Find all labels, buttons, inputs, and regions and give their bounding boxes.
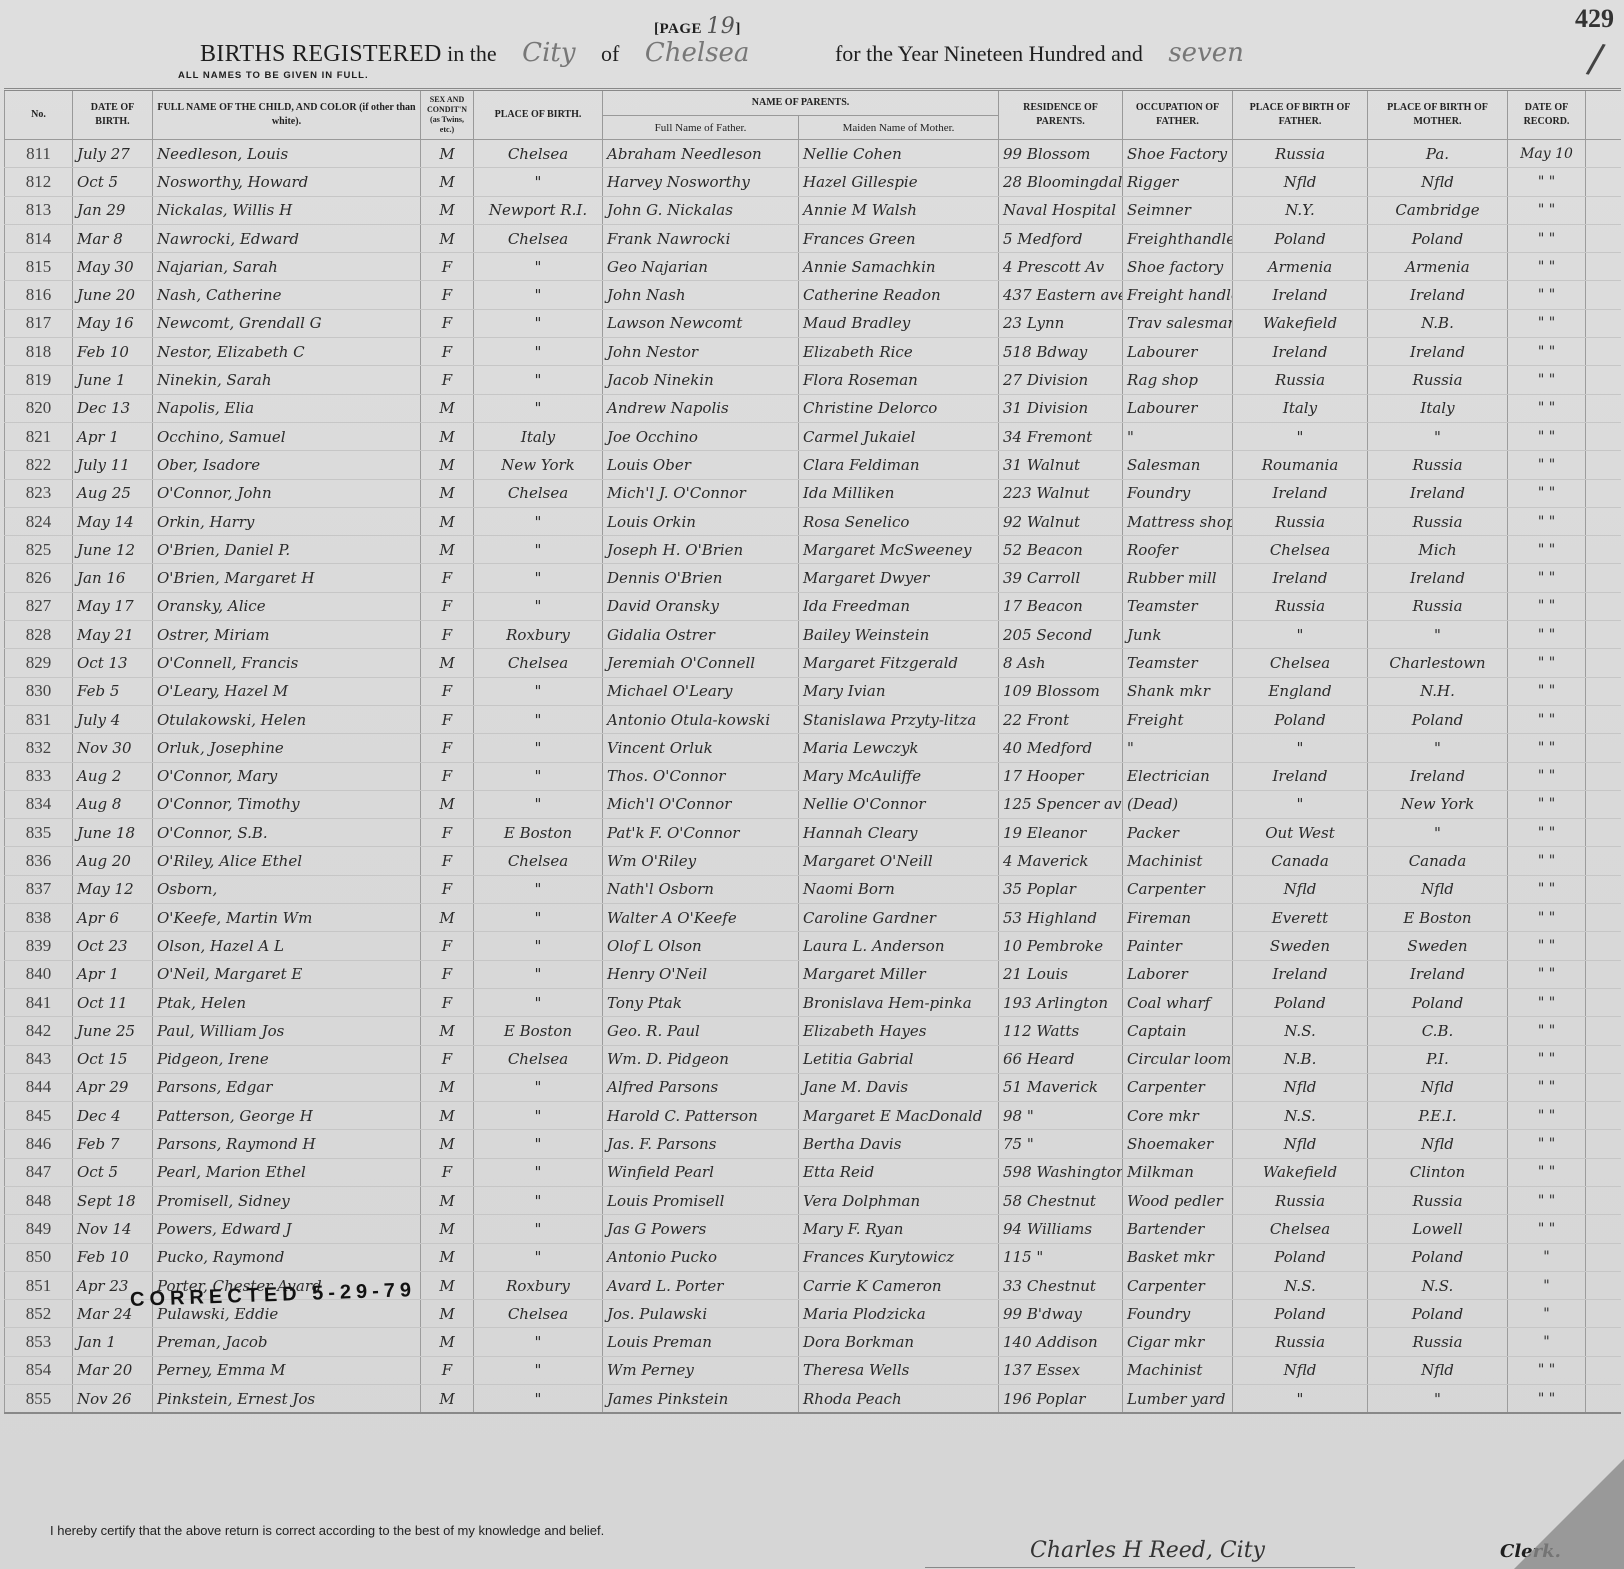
title-of: of bbox=[601, 41, 619, 66]
births-register-table: No. DATE OF BIRTH. FULL NAME OF THE CHIL… bbox=[4, 88, 1621, 1414]
mother-birthplace: Ireland bbox=[1368, 479, 1508, 507]
residence: 140 Addison bbox=[999, 1328, 1123, 1356]
place-of-birth: Chelsea bbox=[474, 847, 603, 875]
blank-cell bbox=[1586, 1243, 1621, 1271]
date-of-birth: Aug 20 bbox=[73, 847, 153, 875]
father-occupation: Shoe factory bbox=[1123, 253, 1233, 281]
father-name: Abraham Needleson bbox=[603, 140, 799, 168]
mother-maiden-name: Margaret O'Neill bbox=[799, 847, 999, 875]
place-of-birth: " bbox=[474, 1073, 603, 1101]
date-of-record: " " bbox=[1508, 479, 1586, 507]
mother-birthplace: Armenia bbox=[1368, 253, 1508, 281]
residence: 33 Chestnut bbox=[999, 1271, 1123, 1299]
table-row: 835June 18O'Connor, S.B.FE BostonPat'k F… bbox=[5, 819, 1621, 847]
date-of-record: " " bbox=[1508, 904, 1586, 932]
sex: F bbox=[421, 1158, 474, 1186]
place-of-birth: Italy bbox=[474, 422, 603, 450]
date-of-record: " " bbox=[1508, 762, 1586, 790]
date-of-record: " " bbox=[1508, 1158, 1586, 1186]
sex: F bbox=[421, 1356, 474, 1384]
row-number: 846 bbox=[5, 1130, 73, 1158]
blank-cell bbox=[1586, 1328, 1621, 1356]
father-birthplace: " bbox=[1233, 621, 1368, 649]
residence: 8 Ash bbox=[999, 649, 1123, 677]
father-birthplace: England bbox=[1233, 677, 1368, 705]
year-text: for the Year Nineteen Hundred and bbox=[835, 41, 1143, 66]
register-title: BIRTHS REGISTERED in the City of Chelsea… bbox=[200, 38, 1264, 68]
col-header-occupation: OCCUPATION OF FATHER. bbox=[1123, 90, 1233, 140]
blank-cell bbox=[1586, 1215, 1621, 1243]
date-of-birth: May 30 bbox=[73, 253, 153, 281]
row-number: 825 bbox=[5, 536, 73, 564]
mother-birthplace: Poland bbox=[1368, 988, 1508, 1016]
col-header-blank bbox=[1586, 90, 1621, 140]
place-of-birth: " bbox=[474, 762, 603, 790]
place-of-birth: " bbox=[474, 1130, 603, 1158]
row-number: 851 bbox=[5, 1271, 73, 1299]
date-of-birth: May 14 bbox=[73, 507, 153, 535]
father-name: Jas. F. Parsons bbox=[603, 1130, 799, 1158]
col-header-mother-maiden: Maiden Name of Mother. bbox=[799, 116, 999, 140]
mother-maiden-name: Stanislawa Przyty-litza bbox=[799, 705, 999, 733]
residence: 53 Highland bbox=[999, 904, 1123, 932]
father-birthplace: Canada bbox=[1233, 847, 1368, 875]
mother-birthplace: " bbox=[1368, 819, 1508, 847]
father-birthplace: Ireland bbox=[1233, 281, 1368, 309]
date-of-record: " " bbox=[1508, 592, 1586, 620]
table-row: 823Aug 25O'Connor, JohnMChelseaMich'l J.… bbox=[5, 479, 1621, 507]
father-birthplace: N.B. bbox=[1233, 1045, 1368, 1073]
mother-maiden-name: Margaret Fitzgerald bbox=[799, 649, 999, 677]
folded-corner bbox=[1514, 1459, 1624, 1569]
residence: 19 Eleanor bbox=[999, 819, 1123, 847]
father-name: Wm O'Riley bbox=[603, 847, 799, 875]
father-birthplace: Russia bbox=[1233, 140, 1368, 168]
blank-cell bbox=[1586, 366, 1621, 394]
row-number: 822 bbox=[5, 451, 73, 479]
blank-cell bbox=[1586, 677, 1621, 705]
mother-birthplace: Poland bbox=[1368, 224, 1508, 252]
father-birthplace: " bbox=[1233, 734, 1368, 762]
place-of-birth: E Boston bbox=[474, 1017, 603, 1045]
table-row: 832Nov 30Orluk, JosephineF"Vincent Orluk… bbox=[5, 734, 1621, 762]
father-name: Gidalia Ostrer bbox=[603, 621, 799, 649]
mother-maiden-name: Etta Reid bbox=[799, 1158, 999, 1186]
table-row: 843Oct 15Pidgeon, IreneFChelseaWm. D. Pi… bbox=[5, 1045, 1621, 1073]
father-occupation: Salesman bbox=[1123, 451, 1233, 479]
child-name: O'Connor, Timothy bbox=[153, 790, 421, 818]
blank-cell bbox=[1586, 338, 1621, 366]
sex: M bbox=[421, 1215, 474, 1243]
date-of-record: " " bbox=[1508, 366, 1586, 394]
place-of-birth: " bbox=[474, 790, 603, 818]
date-of-birth: Oct 5 bbox=[73, 168, 153, 196]
table-row: 814Mar 8Nawrocki, EdwardMChelseaFrank Na… bbox=[5, 224, 1621, 252]
date-of-birth: Feb 10 bbox=[73, 338, 153, 366]
date-of-birth: July 4 bbox=[73, 705, 153, 733]
row-number: 814 bbox=[5, 224, 73, 252]
place-of-birth: Chelsea bbox=[474, 1045, 603, 1073]
signature-line bbox=[925, 1567, 1355, 1568]
table-row: 818Feb 10Nestor, Elizabeth CF"John Nesto… bbox=[5, 338, 1621, 366]
child-name: Nosworthy, Howard bbox=[153, 168, 421, 196]
father-name: Vincent Orluk bbox=[603, 734, 799, 762]
row-number: 854 bbox=[5, 1356, 73, 1384]
row-number: 845 bbox=[5, 1102, 73, 1130]
residence: 58 Chestnut bbox=[999, 1186, 1123, 1214]
sex: F bbox=[421, 592, 474, 620]
father-name: Jos. Pulawski bbox=[603, 1300, 799, 1328]
place-of-birth: " bbox=[474, 309, 603, 337]
mother-maiden-name: Bailey Weinstein bbox=[799, 621, 999, 649]
child-name: Nickalas, Willis H bbox=[153, 196, 421, 224]
father-birthplace: N.Y. bbox=[1233, 196, 1368, 224]
date-of-record: " bbox=[1508, 1328, 1586, 1356]
place-of-birth: " bbox=[474, 1356, 603, 1384]
row-number: 835 bbox=[5, 819, 73, 847]
child-name: O'Brien, Margaret H bbox=[153, 564, 421, 592]
child-name: O'Connor, S.B. bbox=[153, 819, 421, 847]
blank-cell bbox=[1586, 705, 1621, 733]
row-number: 840 bbox=[5, 960, 73, 988]
mother-birthplace: Charlestown bbox=[1368, 649, 1508, 677]
mother-birthplace: Lowell bbox=[1368, 1215, 1508, 1243]
row-number: 818 bbox=[5, 338, 73, 366]
place-name-handwritten: Chelsea bbox=[645, 38, 750, 68]
row-number: 817 bbox=[5, 309, 73, 337]
residence: 4 Prescott Av bbox=[999, 253, 1123, 281]
date-of-birth: Nov 14 bbox=[73, 1215, 153, 1243]
check-mark-icon: / bbox=[1584, 35, 1607, 83]
sex: F bbox=[421, 253, 474, 281]
date-of-birth: Nov 30 bbox=[73, 734, 153, 762]
table-row: 831July 4Otulakowski, HelenF"Antonio Otu… bbox=[5, 705, 1621, 733]
date-of-birth: June 25 bbox=[73, 1017, 153, 1045]
mother-birthplace: Poland bbox=[1368, 1243, 1508, 1271]
residence: 27 Division bbox=[999, 366, 1123, 394]
sex: M bbox=[421, 422, 474, 450]
date-of-record: " " bbox=[1508, 649, 1586, 677]
blank-cell bbox=[1586, 988, 1621, 1016]
blank-cell bbox=[1586, 224, 1621, 252]
place-of-birth: Chelsea bbox=[474, 479, 603, 507]
col-header-child-name: FULL NAME OF THE CHILD, AND COLOR (if ot… bbox=[153, 90, 421, 140]
place-of-birth: " bbox=[474, 1186, 603, 1214]
father-occupation: Machinist bbox=[1123, 1356, 1233, 1384]
date-of-birth: Oct 15 bbox=[73, 1045, 153, 1073]
mother-maiden-name: Bertha Davis bbox=[799, 1130, 999, 1158]
date-of-birth: Apr 1 bbox=[73, 960, 153, 988]
date-of-birth: Apr 1 bbox=[73, 422, 153, 450]
row-number: 813 bbox=[5, 196, 73, 224]
child-name: Napolis, Elia bbox=[153, 394, 421, 422]
mother-birthplace: P.E.I. bbox=[1368, 1102, 1508, 1130]
table-row: 854Mar 20Perney, Emma MF"Wm PerneyTheres… bbox=[5, 1356, 1621, 1384]
date-of-birth: May 12 bbox=[73, 875, 153, 903]
residence: 51 Maverick bbox=[999, 1073, 1123, 1101]
row-number: 837 bbox=[5, 875, 73, 903]
father-name: Harold C. Patterson bbox=[603, 1102, 799, 1130]
mother-maiden-name: Annie M Walsh bbox=[799, 196, 999, 224]
date-of-record: " " bbox=[1508, 1045, 1586, 1073]
mother-maiden-name: Letitia Gabrial bbox=[799, 1045, 999, 1073]
blank-cell bbox=[1586, 536, 1621, 564]
child-name: Occhino, Samuel bbox=[153, 422, 421, 450]
table-row: 815May 30Najarian, SarahF"Geo NajarianAn… bbox=[5, 253, 1621, 281]
table-row: 855Nov 26Pinkstein, Ernest JosM"James Pi… bbox=[5, 1385, 1621, 1414]
col-header-residence: RESIDENCE OF PARENTS. bbox=[999, 90, 1123, 140]
residence: 4 Maverick bbox=[999, 847, 1123, 875]
mother-birthplace: Russia bbox=[1368, 1186, 1508, 1214]
residence: 22 Front bbox=[999, 705, 1123, 733]
mother-maiden-name: Jane M. Davis bbox=[799, 1073, 999, 1101]
father-name: Pat'k F. O'Connor bbox=[603, 819, 799, 847]
residence: 39 Carroll bbox=[999, 564, 1123, 592]
father-occupation: Coal wharf bbox=[1123, 988, 1233, 1016]
father-occupation: Rigger bbox=[1123, 168, 1233, 196]
row-number: 815 bbox=[5, 253, 73, 281]
date-of-record: " " bbox=[1508, 705, 1586, 733]
place-of-birth: Roxbury bbox=[474, 1271, 603, 1299]
mother-maiden-name: Theresa Wells bbox=[799, 1356, 999, 1384]
mother-maiden-name: Margaret Miller bbox=[799, 960, 999, 988]
row-number: 843 bbox=[5, 1045, 73, 1073]
row-number: 827 bbox=[5, 592, 73, 620]
father-birthplace: N.S. bbox=[1233, 1271, 1368, 1299]
mother-birthplace: Russia bbox=[1368, 451, 1508, 479]
date-of-birth: Apr 29 bbox=[73, 1073, 153, 1101]
table-row: 841Oct 11Ptak, HelenF"Tony PtakBronislav… bbox=[5, 988, 1621, 1016]
row-number: 828 bbox=[5, 621, 73, 649]
date-of-birth: Nov 26 bbox=[73, 1385, 153, 1414]
sex: M bbox=[421, 536, 474, 564]
blank-cell bbox=[1586, 253, 1621, 281]
residence: 31 Division bbox=[999, 394, 1123, 422]
child-name: O'Connell, Francis bbox=[153, 649, 421, 677]
table-row: 848Sept 18Promisell, SidneyM"Louis Promi… bbox=[5, 1186, 1621, 1214]
sex: M bbox=[421, 451, 474, 479]
place-of-birth: " bbox=[474, 507, 603, 535]
table-row: 830Feb 5O'Leary, Hazel MF"Michael O'Lear… bbox=[5, 677, 1621, 705]
row-number: 839 bbox=[5, 932, 73, 960]
date-of-record: " " bbox=[1508, 224, 1586, 252]
child-name: Pucko, Raymond bbox=[153, 1243, 421, 1271]
residence: 23 Lynn bbox=[999, 309, 1123, 337]
residence: 52 Beacon bbox=[999, 536, 1123, 564]
father-name: Walter A O'Keefe bbox=[603, 904, 799, 932]
mother-birthplace: Ireland bbox=[1368, 338, 1508, 366]
date-of-record: " " bbox=[1508, 196, 1586, 224]
row-number: 841 bbox=[5, 988, 73, 1016]
child-name: Oransky, Alice bbox=[153, 592, 421, 620]
father-occupation: Freight handler bbox=[1123, 281, 1233, 309]
father-birthplace: Everett bbox=[1233, 904, 1368, 932]
sex: M bbox=[421, 507, 474, 535]
sex: M bbox=[421, 140, 474, 168]
father-birthplace: " bbox=[1233, 422, 1368, 450]
place-of-birth: " bbox=[474, 253, 603, 281]
residence: 99 Blossom bbox=[999, 140, 1123, 168]
place-of-birth: " bbox=[474, 564, 603, 592]
child-name: Parsons, Raymond H bbox=[153, 1130, 421, 1158]
place-of-birth: " bbox=[474, 1385, 603, 1414]
sex: F bbox=[421, 564, 474, 592]
table-row: 845Dec 4Patterson, George HM"Harold C. P… bbox=[5, 1102, 1621, 1130]
clerk-signature: Charles H Reed, City bbox=[1030, 1538, 1265, 1563]
father-name: Joe Occhino bbox=[603, 422, 799, 450]
child-name: O'Leary, Hazel M bbox=[153, 677, 421, 705]
table-row: 816June 20Nash, CatherineF"John NashCath… bbox=[5, 281, 1621, 309]
father-occupation: Freight bbox=[1123, 705, 1233, 733]
father-name: Geo Najarian bbox=[603, 253, 799, 281]
father-name: Louis Preman bbox=[603, 1328, 799, 1356]
sex: F bbox=[421, 932, 474, 960]
page-number-handwritten: 19 bbox=[706, 14, 735, 39]
row-number: 811 bbox=[5, 140, 73, 168]
residence: 437 Eastern ave bbox=[999, 281, 1123, 309]
father-occupation: Carpenter bbox=[1123, 875, 1233, 903]
child-name: Olson, Hazel A L bbox=[153, 932, 421, 960]
table-row: 822July 11Ober, IsadoreMNew YorkLouis Ob… bbox=[5, 451, 1621, 479]
residence: 40 Medford bbox=[999, 734, 1123, 762]
father-occupation: Freighthandler bbox=[1123, 224, 1233, 252]
place-of-birth: " bbox=[474, 705, 603, 733]
father-name: Thos. O'Connor bbox=[603, 762, 799, 790]
row-number: 831 bbox=[5, 705, 73, 733]
residence: 5 Medford bbox=[999, 224, 1123, 252]
mother-maiden-name: Elizabeth Hayes bbox=[799, 1017, 999, 1045]
father-name: Avard L. Porter bbox=[603, 1271, 799, 1299]
date-of-birth: Jan 1 bbox=[73, 1328, 153, 1356]
mother-maiden-name: Rosa Senelico bbox=[799, 507, 999, 535]
father-birthplace: Russia bbox=[1233, 1328, 1368, 1356]
mother-maiden-name: Carrie K Cameron bbox=[799, 1271, 999, 1299]
mother-maiden-name: Annie Samachkin bbox=[799, 253, 999, 281]
residence: 223 Walnut bbox=[999, 479, 1123, 507]
father-birthplace: Roumania bbox=[1233, 451, 1368, 479]
father-name: Jas G Powers bbox=[603, 1215, 799, 1243]
row-number: 848 bbox=[5, 1186, 73, 1214]
father-birthplace: Russia bbox=[1233, 592, 1368, 620]
date-of-record: " " bbox=[1508, 1073, 1586, 1101]
date-of-birth: Sept 18 bbox=[73, 1186, 153, 1214]
table-row: 850Feb 10Pucko, RaymondM"Antonio PuckoFr… bbox=[5, 1243, 1621, 1271]
father-occupation: Seimner bbox=[1123, 196, 1233, 224]
child-name: Newcomt, Grendall G bbox=[153, 309, 421, 337]
father-birthplace: Armenia bbox=[1233, 253, 1368, 281]
father-occupation: Wood pedler bbox=[1123, 1186, 1233, 1214]
residence: 125 Spencer ave bbox=[999, 790, 1123, 818]
blank-cell bbox=[1586, 1130, 1621, 1158]
mother-maiden-name: Carmel Jukaiel bbox=[799, 422, 999, 450]
place-of-birth: " bbox=[474, 592, 603, 620]
sex: F bbox=[421, 281, 474, 309]
page-label-close: ] bbox=[735, 21, 741, 37]
date-of-record: " " bbox=[1508, 451, 1586, 479]
sex: F bbox=[421, 819, 474, 847]
father-birthplace: Poland bbox=[1233, 988, 1368, 1016]
child-name: Nestor, Elizabeth C bbox=[153, 338, 421, 366]
father-birthplace: N.S. bbox=[1233, 1017, 1368, 1045]
father-birthplace: Russia bbox=[1233, 366, 1368, 394]
date-of-record: " " bbox=[1508, 253, 1586, 281]
father-occupation: Carpenter bbox=[1123, 1271, 1233, 1299]
father-name: Antonio Otula-kowski bbox=[603, 705, 799, 733]
mother-maiden-name: Dora Borkman bbox=[799, 1328, 999, 1356]
child-name: Nawrocki, Edward bbox=[153, 224, 421, 252]
year-handwritten: seven bbox=[1168, 38, 1244, 68]
blank-cell bbox=[1586, 904, 1621, 932]
blank-cell bbox=[1586, 592, 1621, 620]
mother-birthplace: E Boston bbox=[1368, 904, 1508, 932]
mother-birthplace: Russia bbox=[1368, 366, 1508, 394]
father-name: Lawson Newcomt bbox=[603, 309, 799, 337]
date-of-birth: Oct 11 bbox=[73, 988, 153, 1016]
father-name: John G. Nickalas bbox=[603, 196, 799, 224]
blank-cell bbox=[1586, 422, 1621, 450]
child-name: Powers, Edward J bbox=[153, 1215, 421, 1243]
father-occupation: Rubber mill bbox=[1123, 564, 1233, 592]
date-of-record: " " bbox=[1508, 847, 1586, 875]
place-of-birth: " bbox=[474, 536, 603, 564]
date-of-birth: June 1 bbox=[73, 366, 153, 394]
child-name: Promisell, Sidney bbox=[153, 1186, 421, 1214]
date-of-record: " " bbox=[1508, 621, 1586, 649]
place-of-birth: " bbox=[474, 734, 603, 762]
sex: M bbox=[421, 1243, 474, 1271]
child-name: Najarian, Sarah bbox=[153, 253, 421, 281]
table-row: 834Aug 8O'Connor, TimothyM"Mich'l O'Conn… bbox=[5, 790, 1621, 818]
date-of-birth: Jan 29 bbox=[73, 196, 153, 224]
father-occupation: Basket mkr bbox=[1123, 1243, 1233, 1271]
date-of-record: " bbox=[1508, 1271, 1586, 1299]
mother-maiden-name: Naomi Born bbox=[799, 875, 999, 903]
father-name: Jacob Ninekin bbox=[603, 366, 799, 394]
father-name: Henry O'Neil bbox=[603, 960, 799, 988]
mother-maiden-name: Nellie O'Connor bbox=[799, 790, 999, 818]
date-of-record: " " bbox=[1508, 1130, 1586, 1158]
blank-cell bbox=[1586, 932, 1621, 960]
table-row: 828May 21Ostrer, MiriamFRoxburyGidalia O… bbox=[5, 621, 1621, 649]
blank-cell bbox=[1586, 196, 1621, 224]
child-name: Pinkstein, Ernest Jos bbox=[153, 1385, 421, 1414]
residence: 205 Second bbox=[999, 621, 1123, 649]
father-name: Nath'l Osborn bbox=[603, 875, 799, 903]
mother-birthplace: Nfld bbox=[1368, 1356, 1508, 1384]
sex: F bbox=[421, 705, 474, 733]
mother-birthplace: Russia bbox=[1368, 507, 1508, 535]
date-of-record: " " bbox=[1508, 422, 1586, 450]
table-row: 821Apr 1Occhino, SamuelMItalyJoe Occhino… bbox=[5, 422, 1621, 450]
sex: F bbox=[421, 338, 474, 366]
date-of-record: " " bbox=[1508, 677, 1586, 705]
blank-cell bbox=[1586, 168, 1621, 196]
mother-birthplace: Italy bbox=[1368, 394, 1508, 422]
father-occupation: Carpenter bbox=[1123, 1073, 1233, 1101]
mother-birthplace: Russia bbox=[1368, 592, 1508, 620]
table-row: 833Aug 2O'Connor, MaryF"Thos. O'ConnorMa… bbox=[5, 762, 1621, 790]
table-row: 853Jan 1Preman, JacobM"Louis PremanDora … bbox=[5, 1328, 1621, 1356]
mother-birthplace: Mich bbox=[1368, 536, 1508, 564]
child-name: Ptak, Helen bbox=[153, 988, 421, 1016]
blank-cell bbox=[1586, 1102, 1621, 1130]
date-of-record: " " bbox=[1508, 338, 1586, 366]
father-birthplace: Chelsea bbox=[1233, 1215, 1368, 1243]
place-of-birth: Chelsea bbox=[474, 140, 603, 168]
father-occupation: Roofer bbox=[1123, 536, 1233, 564]
date-of-birth: Feb 10 bbox=[73, 1243, 153, 1271]
date-of-birth: June 20 bbox=[73, 281, 153, 309]
